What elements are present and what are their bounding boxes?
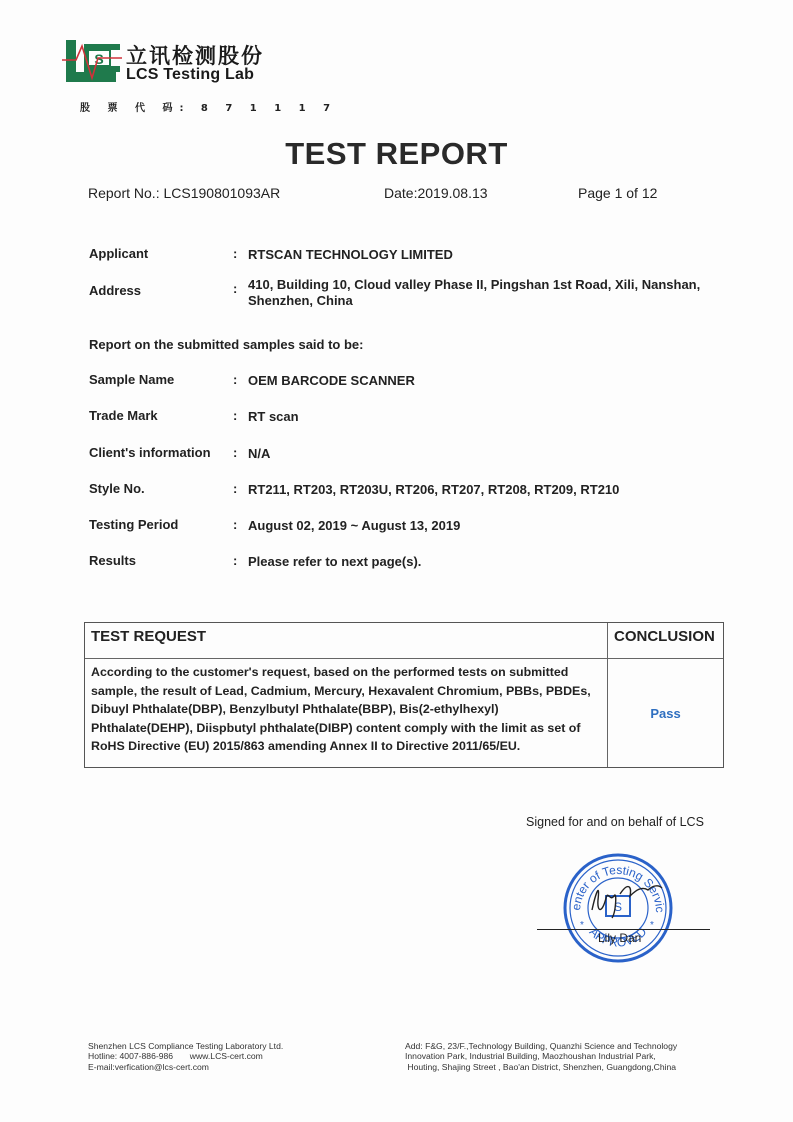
colon: : — [233, 281, 237, 296]
conclusion-value: Pass — [607, 659, 724, 767]
footer-company-name: Shenzhen LCS Compliance Testing Laborato… — [88, 1041, 283, 1051]
colon: : — [233, 445, 237, 460]
test-request-text: According to the customer's request, bas… — [91, 663, 601, 756]
colon: : — [233, 372, 237, 387]
trade-mark-value: RT scan — [248, 408, 299, 425]
samples-intro: Report on the submitted samples said to … — [89, 337, 363, 352]
testing-period-label: Testing Period — [89, 517, 178, 532]
header-test-request: TEST REQUEST — [91, 628, 206, 645]
colon: : — [233, 246, 237, 261]
report-number: Report No.: LCS190801093AR — [88, 185, 280, 201]
footer-address: Add: F&G, 23/F.,Technology Building, Qua… — [405, 1041, 677, 1072]
footer-company-info: Shenzhen LCS Compliance Testing Laborato… — [88, 1041, 283, 1072]
client-info-value: N/A — [248, 445, 270, 462]
approval-stamp-icon: Center of Testing Service APPROVED S * * — [562, 852, 674, 964]
sample-name-label: Sample Name — [89, 372, 174, 387]
applicant-label: Applicant — [89, 246, 148, 261]
address-value-line2: Shenzhen, China — [248, 292, 353, 309]
colon: : — [233, 481, 237, 496]
footer-email: E-mail:verfication@lcs-cert.com — [88, 1062, 283, 1072]
page-title: TEST REPORT — [0, 136, 793, 172]
testing-period-value: August 02, 2019 ~ August 13, 2019 — [248, 517, 460, 534]
sample-name-value: OEM BARCODE SCANNER — [248, 372, 415, 389]
address-label: Address — [89, 283, 141, 298]
report-date: Date:2019.08.13 — [384, 185, 488, 201]
results-label: Results — [89, 553, 136, 568]
stock-code: 股 票 代 码: 8 7 1 1 1 7 — [80, 99, 337, 114]
logo-english-name: LCS Testing Lab — [126, 66, 254, 84]
style-no-label: Style No. — [89, 481, 145, 496]
footer-address-line: Houting, Shajing Street , Bao'an Distric… — [405, 1062, 677, 1072]
footer-address-line: Innovation Park, Industrial Building, Ma… — [405, 1051, 677, 1061]
signed-for-label: Signed for and on behalf of LCS — [526, 815, 704, 829]
signature-line — [537, 929, 710, 930]
client-info-label: Client's information — [89, 445, 211, 460]
test-request-table: TEST REQUEST CONCLUSION According to the… — [84, 622, 724, 768]
applicant-value: RTSCAN TECHNOLOGY LIMITED — [248, 246, 453, 263]
style-no-value: RT211, RT203, RT203U, RT206, RT207, RT20… — [248, 481, 619, 498]
trade-mark-label: Trade Mark — [89, 408, 158, 423]
header-conclusion: CONCLUSION — [614, 628, 715, 645]
signer-name: Lily Dan — [598, 931, 641, 945]
colon: : — [233, 408, 237, 423]
footer-hotline: Hotline: 4007-886-986 www.LCS-cert.com — [88, 1051, 283, 1061]
footer-address-line: Add: F&G, 23/F.,Technology Building, Qua… — [405, 1041, 677, 1051]
page-number: Page 1 of 12 — [578, 185, 657, 201]
results-value: Please refer to next page(s). — [248, 553, 421, 570]
colon: : — [233, 517, 237, 532]
address-value-line1: 410, Building 10, Cloud valley Phase II,… — [248, 276, 700, 293]
colon: : — [233, 553, 237, 568]
